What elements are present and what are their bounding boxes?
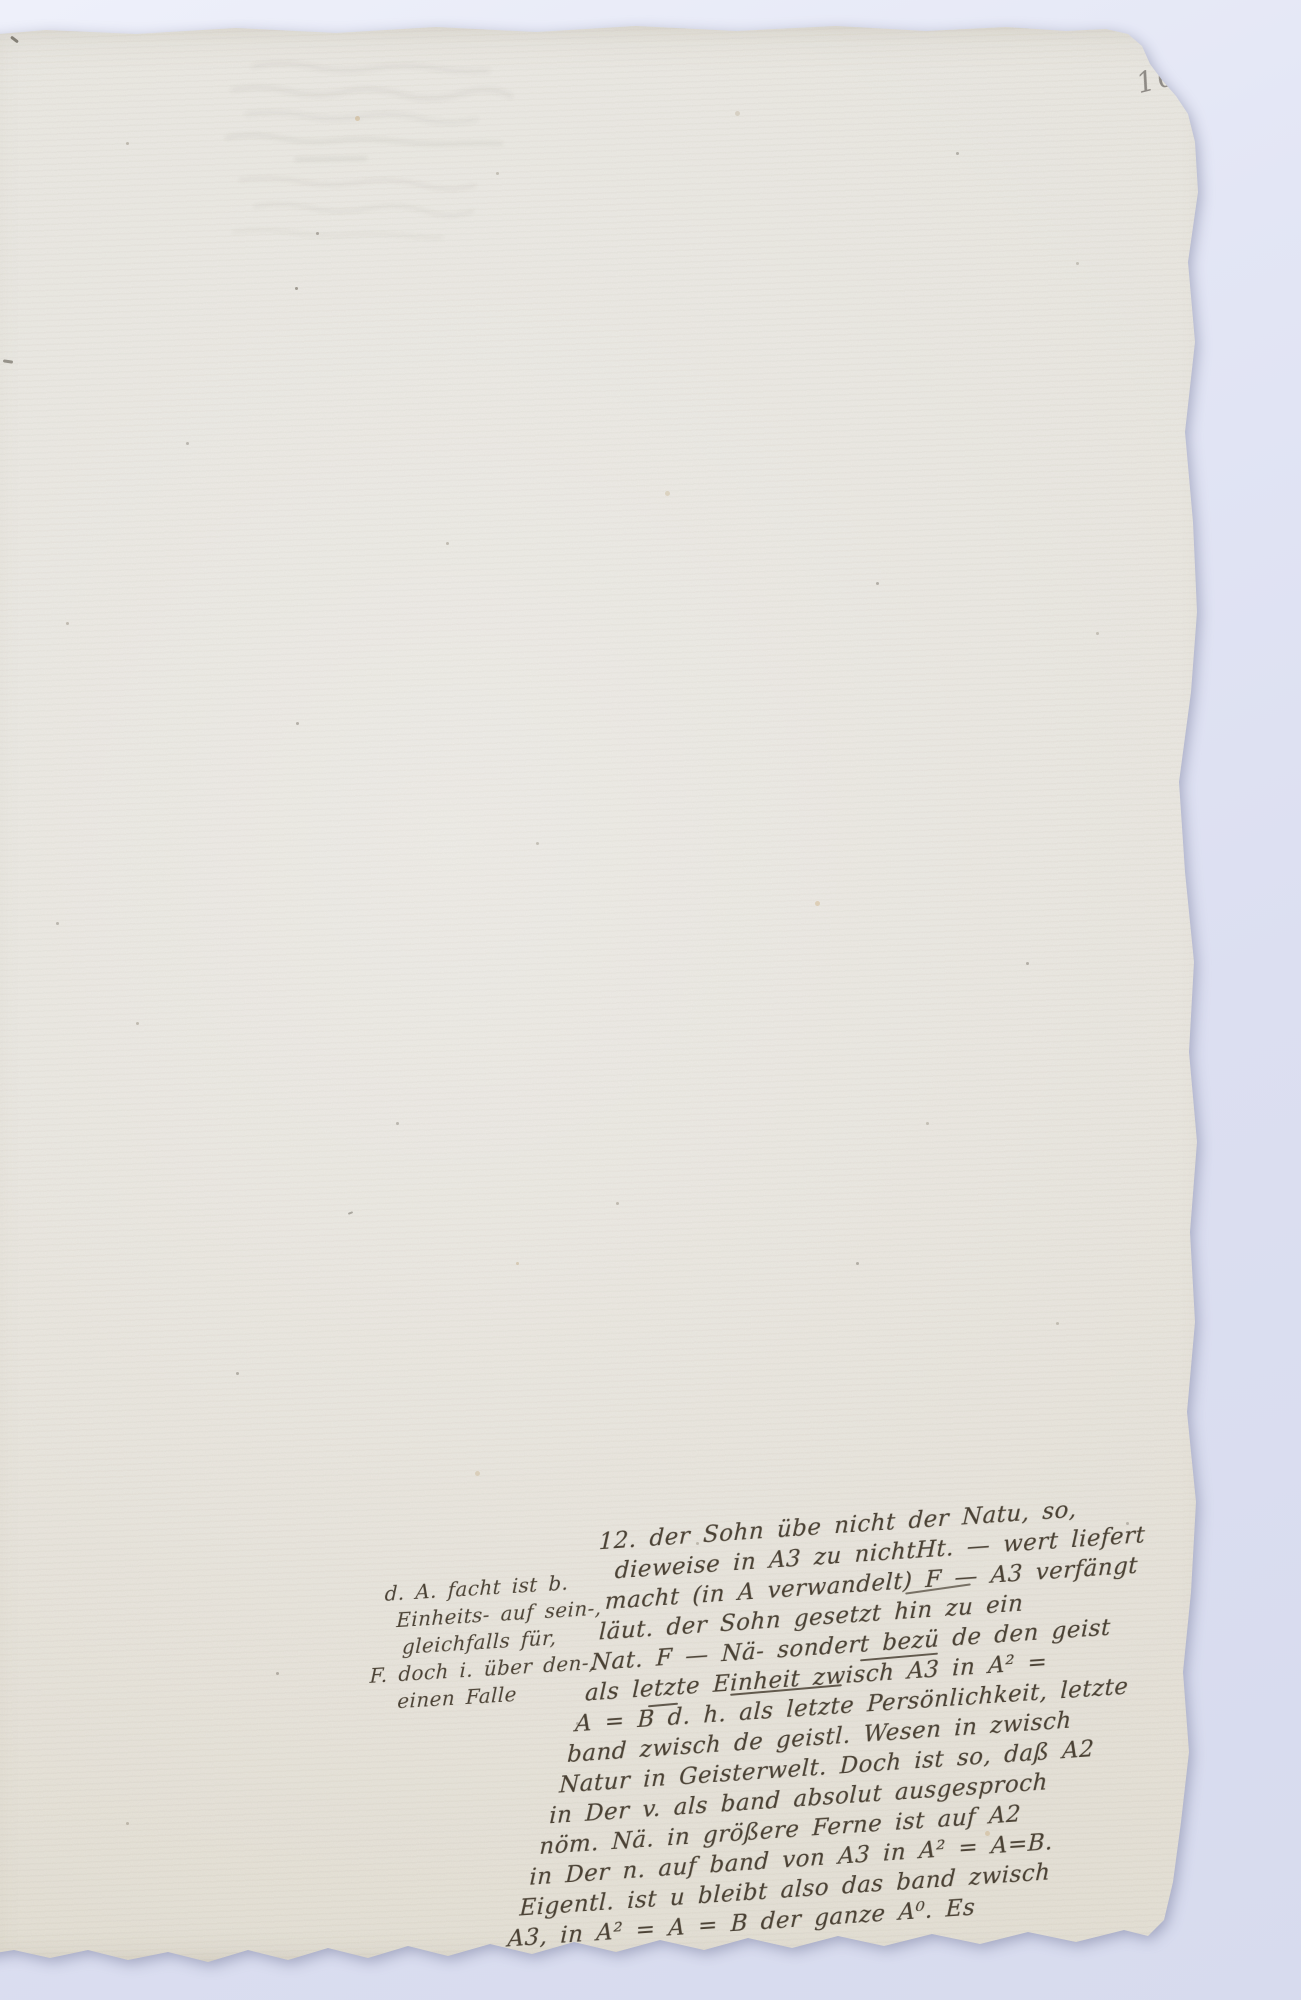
paper-fiber-mark [3, 359, 13, 363]
paper-fiber-mark [10, 36, 19, 44]
manuscript-page: 107 d. A. facht ist b. Einheits- auf sei… [0, 22, 1220, 1970]
scan-area: 107 d. A. facht ist b. Einheits- auf sei… [0, 0, 1301, 2000]
paper-fiber-mark [348, 1211, 353, 1215]
main-paragraph: 12. der Sohn übe nicht der Natu, so, die… [470, 1484, 1257, 1955]
verso-ink-bleedthrough [188, 47, 593, 267]
page-number: 107 [1133, 53, 1202, 100]
rust-spot [1177, 73, 1181, 77]
